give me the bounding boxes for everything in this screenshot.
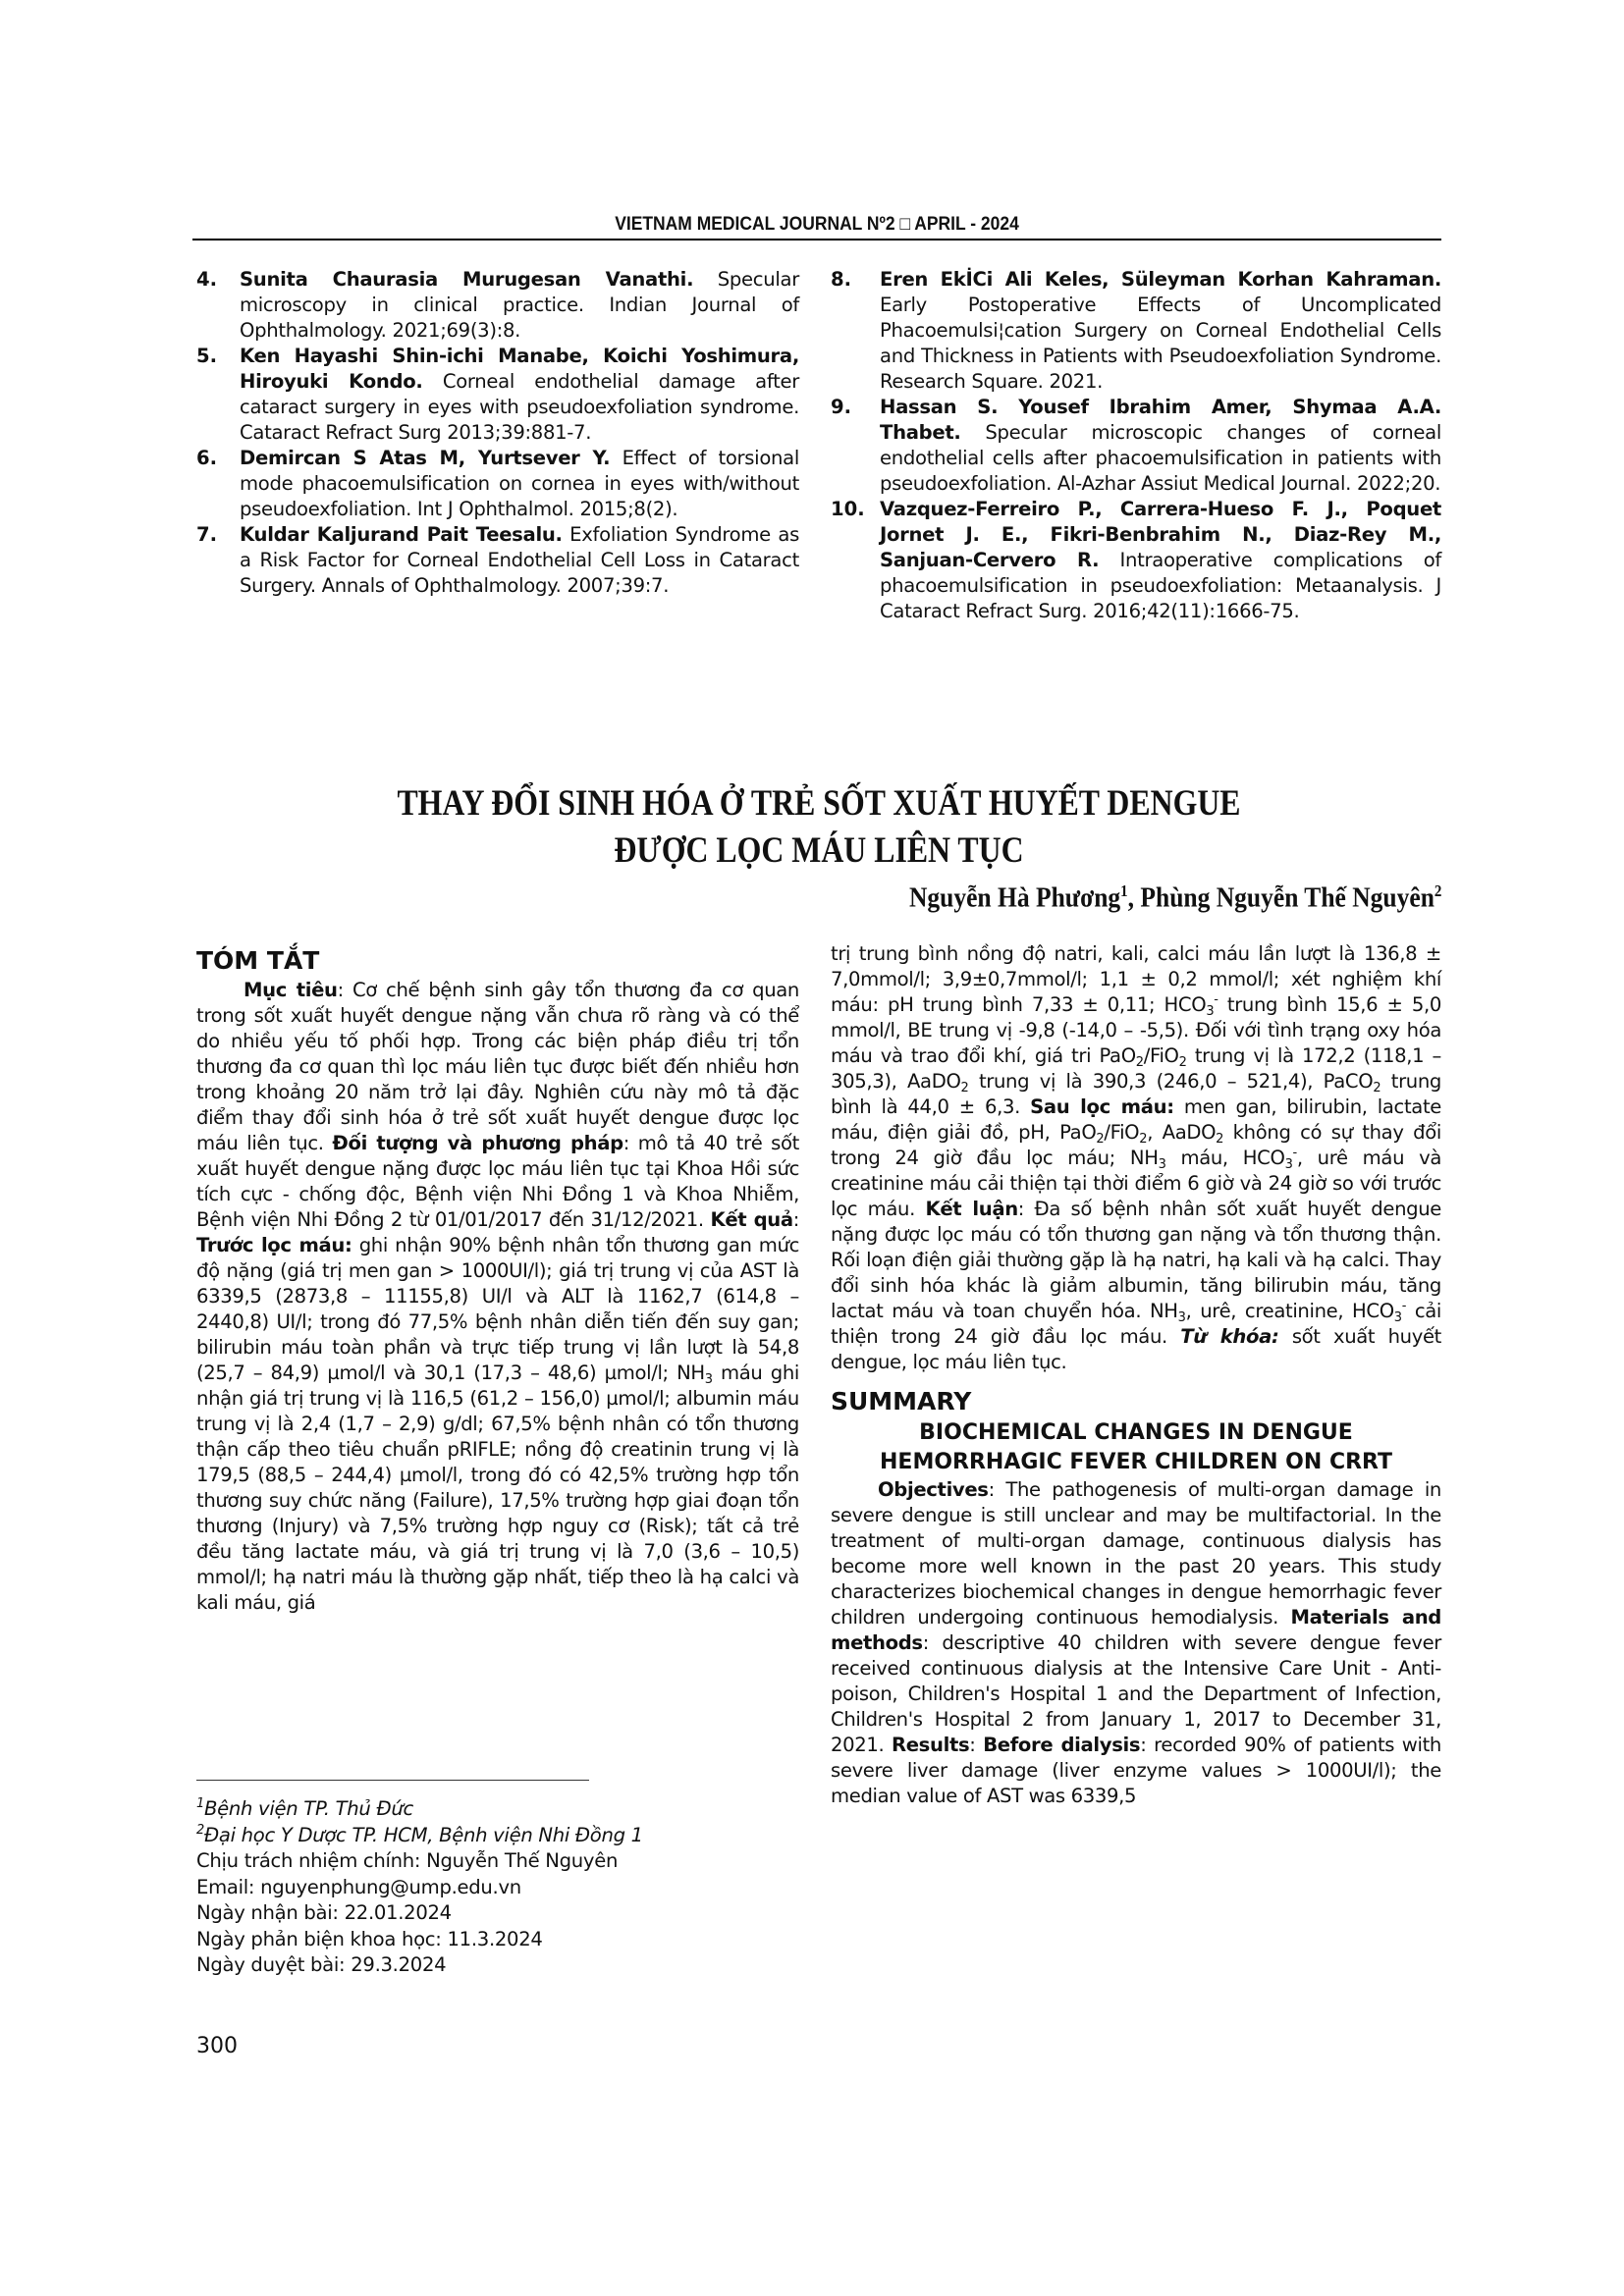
reference-number: 8. bbox=[831, 267, 880, 395]
reference-item: 4. Sunita Chaurasia Murugesan Vanathi. S… bbox=[196, 267, 799, 344]
header-rule bbox=[192, 239, 1441, 240]
label-before-dialysis: Before dialysis bbox=[983, 1734, 1140, 1756]
label-truoc-loc: Trước lọc máu: bbox=[196, 1234, 352, 1256]
label-objectives: Objectives bbox=[878, 1478, 989, 1501]
email: Email: nguyenphung@ump.edu.vn bbox=[196, 1875, 799, 1901]
reference-item: 8. Eren EkİCi Ali Keles, Süleyman Korhan… bbox=[831, 267, 1441, 395]
text: máu, HCO bbox=[1166, 1147, 1285, 1169]
reference-item: 9. Hassan S. Yousef Ibrahim Amer, Shymaa… bbox=[831, 395, 1441, 497]
reference-text: Specular microscopic changes of corneal … bbox=[880, 421, 1441, 495]
subscript: 2 bbox=[1179, 1055, 1187, 1070]
summary-title-line-2: HEMORRHAGIC FEVER CHILDREN ON CRRT bbox=[831, 1448, 1441, 1477]
affiliation-1: 1Bệnh viện TP. Thủ Đức bbox=[196, 1796, 799, 1823]
article-title-line-1: THAY ĐỔI SINH HÓA Ở TRẺ SỐT XUẤT HUYẾT D… bbox=[284, 780, 1354, 828]
reference-number: 4. bbox=[196, 267, 240, 344]
text: /FiO bbox=[1144, 1044, 1179, 1067]
reference-authors: Sunita Chaurasia Murugesan Vanathi. bbox=[240, 268, 693, 291]
subscript: 2 bbox=[1216, 1132, 1223, 1147]
text: trung vị là 390,3 (246,0 – 521,4), PaCO bbox=[968, 1070, 1373, 1093]
abstract-vi-continuation: trị trung bình nồng độ natri, kali, calc… bbox=[831, 941, 1441, 1375]
abstract-vi-column: TÓM TẮT Mục tiêu: Cơ chế bệnh sinh gây t… bbox=[196, 944, 799, 1616]
sep: : bbox=[793, 1208, 799, 1231]
footnotes: 1Bệnh viện TP. Thủ Đức 2Đại học Y Dược T… bbox=[196, 1796, 799, 1979]
summary-paragraph: Objectives: The pathogenesis of multi-or… bbox=[831, 1477, 1441, 1809]
reference-number: 7. bbox=[196, 522, 240, 599]
subscript: 3 bbox=[1178, 1310, 1186, 1325]
reference-number: 6. bbox=[196, 446, 240, 522]
reference-authors: Eren EkİCi Ali Keles, Süleyman Korhan Ka… bbox=[880, 268, 1441, 291]
subscript: 3 bbox=[1159, 1157, 1166, 1172]
article-title-line-2: ĐƯỢC LỌC MÁU LIÊN TỤC bbox=[284, 828, 1354, 875]
reference-number: 9. bbox=[831, 395, 880, 497]
date-accepted: Ngày duyệt bài: 29.3.2024 bbox=[196, 1952, 799, 1979]
subscript: 2 bbox=[1139, 1132, 1147, 1147]
reference-item: 7. Kuldar Kaljurand Pait Teesalu. Exfoli… bbox=[196, 522, 799, 599]
affiliation-text: Đại học Y Dược TP. HCM, Bệnh viện Nhi Đồ… bbox=[204, 1824, 643, 1846]
article-title: THAY ĐỔI SINH HÓA Ở TRẺ SỐT XUẤT HUYẾT D… bbox=[284, 780, 1354, 875]
author-separator: , bbox=[1127, 882, 1140, 914]
sep: : bbox=[969, 1734, 983, 1756]
corresponding-author: Chịu trách nhiệm chính: Nguyễn Thế Nguyê… bbox=[196, 1848, 799, 1875]
text: /FiO bbox=[1104, 1121, 1139, 1144]
abstract-right-column: trị trung bình nồng độ natri, kali, calc… bbox=[831, 941, 1441, 1809]
text-truoc-loc: máu ghi nhận giá trị trung vị là 116,5 (… bbox=[196, 1362, 799, 1614]
journal-page: VIETNAM MEDICAL JOURNAL Nº2 □ APRIL - 20… bbox=[0, 0, 1624, 2296]
label-muc-tieu: Mục tiêu bbox=[244, 979, 338, 1001]
reference-item: 6. Demircan S Atas M, Yurtsever Y. Effec… bbox=[196, 446, 799, 522]
author-affiliation-mark: 1 bbox=[1120, 881, 1127, 900]
label-ket-qua: Kết quả bbox=[711, 1208, 793, 1231]
date-reviewed: Ngày phản biện khoa học: 11.3.2024 bbox=[196, 1927, 799, 1953]
reference-authors: Demircan S Atas M, Yurtsever Y. bbox=[240, 447, 610, 469]
date-received: Ngày nhận bài: 22.01.2024 bbox=[196, 1900, 799, 1927]
text-muc-tieu: : Cơ chế bệnh sinh gây tổn thương đa cơ … bbox=[196, 979, 799, 1154]
subscript: 2 bbox=[1136, 1055, 1144, 1070]
reference-item: 10. Vazquez-Ferreiro P., Carrera-Hueso F… bbox=[831, 497, 1441, 624]
subscript: 3 bbox=[705, 1372, 713, 1387]
summary-title-line-1: BIOCHEMICAL CHANGES IN DENGUE bbox=[831, 1418, 1441, 1448]
reference-item: 5. Ken Hayashi Shin-ichi Manabe, Koichi … bbox=[196, 344, 799, 446]
text: , urê, creatinine, HCO bbox=[1186, 1300, 1394, 1322]
affiliation-mark: 2 bbox=[196, 1823, 204, 1838]
label-results: Results bbox=[892, 1734, 969, 1756]
label-tu-khoa: Từ khóa: bbox=[1180, 1325, 1278, 1348]
label-ket-luan: Kết luận bbox=[925, 1198, 1017, 1220]
references-left-column: 4. Sunita Chaurasia Murugesan Vanathi. S… bbox=[196, 267, 799, 599]
references-right-column: 8. Eren EkİCi Ali Keles, Süleyman Korhan… bbox=[831, 267, 1441, 624]
abstract-vi-heading: TÓM TẮT bbox=[196, 944, 799, 978]
article-authors: Nguyễn Hà Phương1, Phùng Nguyễn Thế Nguy… bbox=[909, 881, 1441, 915]
subscript: 3 bbox=[1394, 1310, 1402, 1325]
affiliation-text: Bệnh viện TP. Thủ Đức bbox=[204, 1797, 413, 1820]
label-sau-loc: Sau lọc máu: bbox=[1030, 1095, 1174, 1118]
label-doi-tuong: Đối tượng và phương pháp bbox=[332, 1132, 623, 1154]
footnote-rule bbox=[196, 1780, 589, 1781]
abstract-vi-paragraph: Mục tiêu: Cơ chế bệnh sinh gây tổn thươn… bbox=[196, 978, 799, 1616]
text: , AaDO bbox=[1147, 1121, 1216, 1144]
reference-number: 5. bbox=[196, 344, 240, 446]
reference-authors: Kuldar Kaljurand Pait Teesalu. bbox=[240, 523, 563, 546]
affiliation-mark: 1 bbox=[196, 1796, 204, 1811]
running-head: VIETNAM MEDICAL JOURNAL Nº2 □ APRIL - 20… bbox=[243, 214, 1391, 236]
reference-number: 10. bbox=[831, 497, 880, 624]
author-name: Phùng Nguyễn Thế Nguyên bbox=[1140, 882, 1434, 914]
author-affiliation-mark: 2 bbox=[1435, 881, 1441, 900]
page-number: 300 bbox=[196, 2034, 238, 2058]
reference-text: Early Postoperative Effects of Uncomplic… bbox=[880, 294, 1441, 393]
author-name: Nguyễn Hà Phương bbox=[909, 882, 1120, 914]
affiliation-2: 2Đại học Y Dược TP. HCM, Bệnh viện Nhi Đ… bbox=[196, 1823, 799, 1849]
summary-heading: SUMMARY bbox=[831, 1385, 1441, 1418]
